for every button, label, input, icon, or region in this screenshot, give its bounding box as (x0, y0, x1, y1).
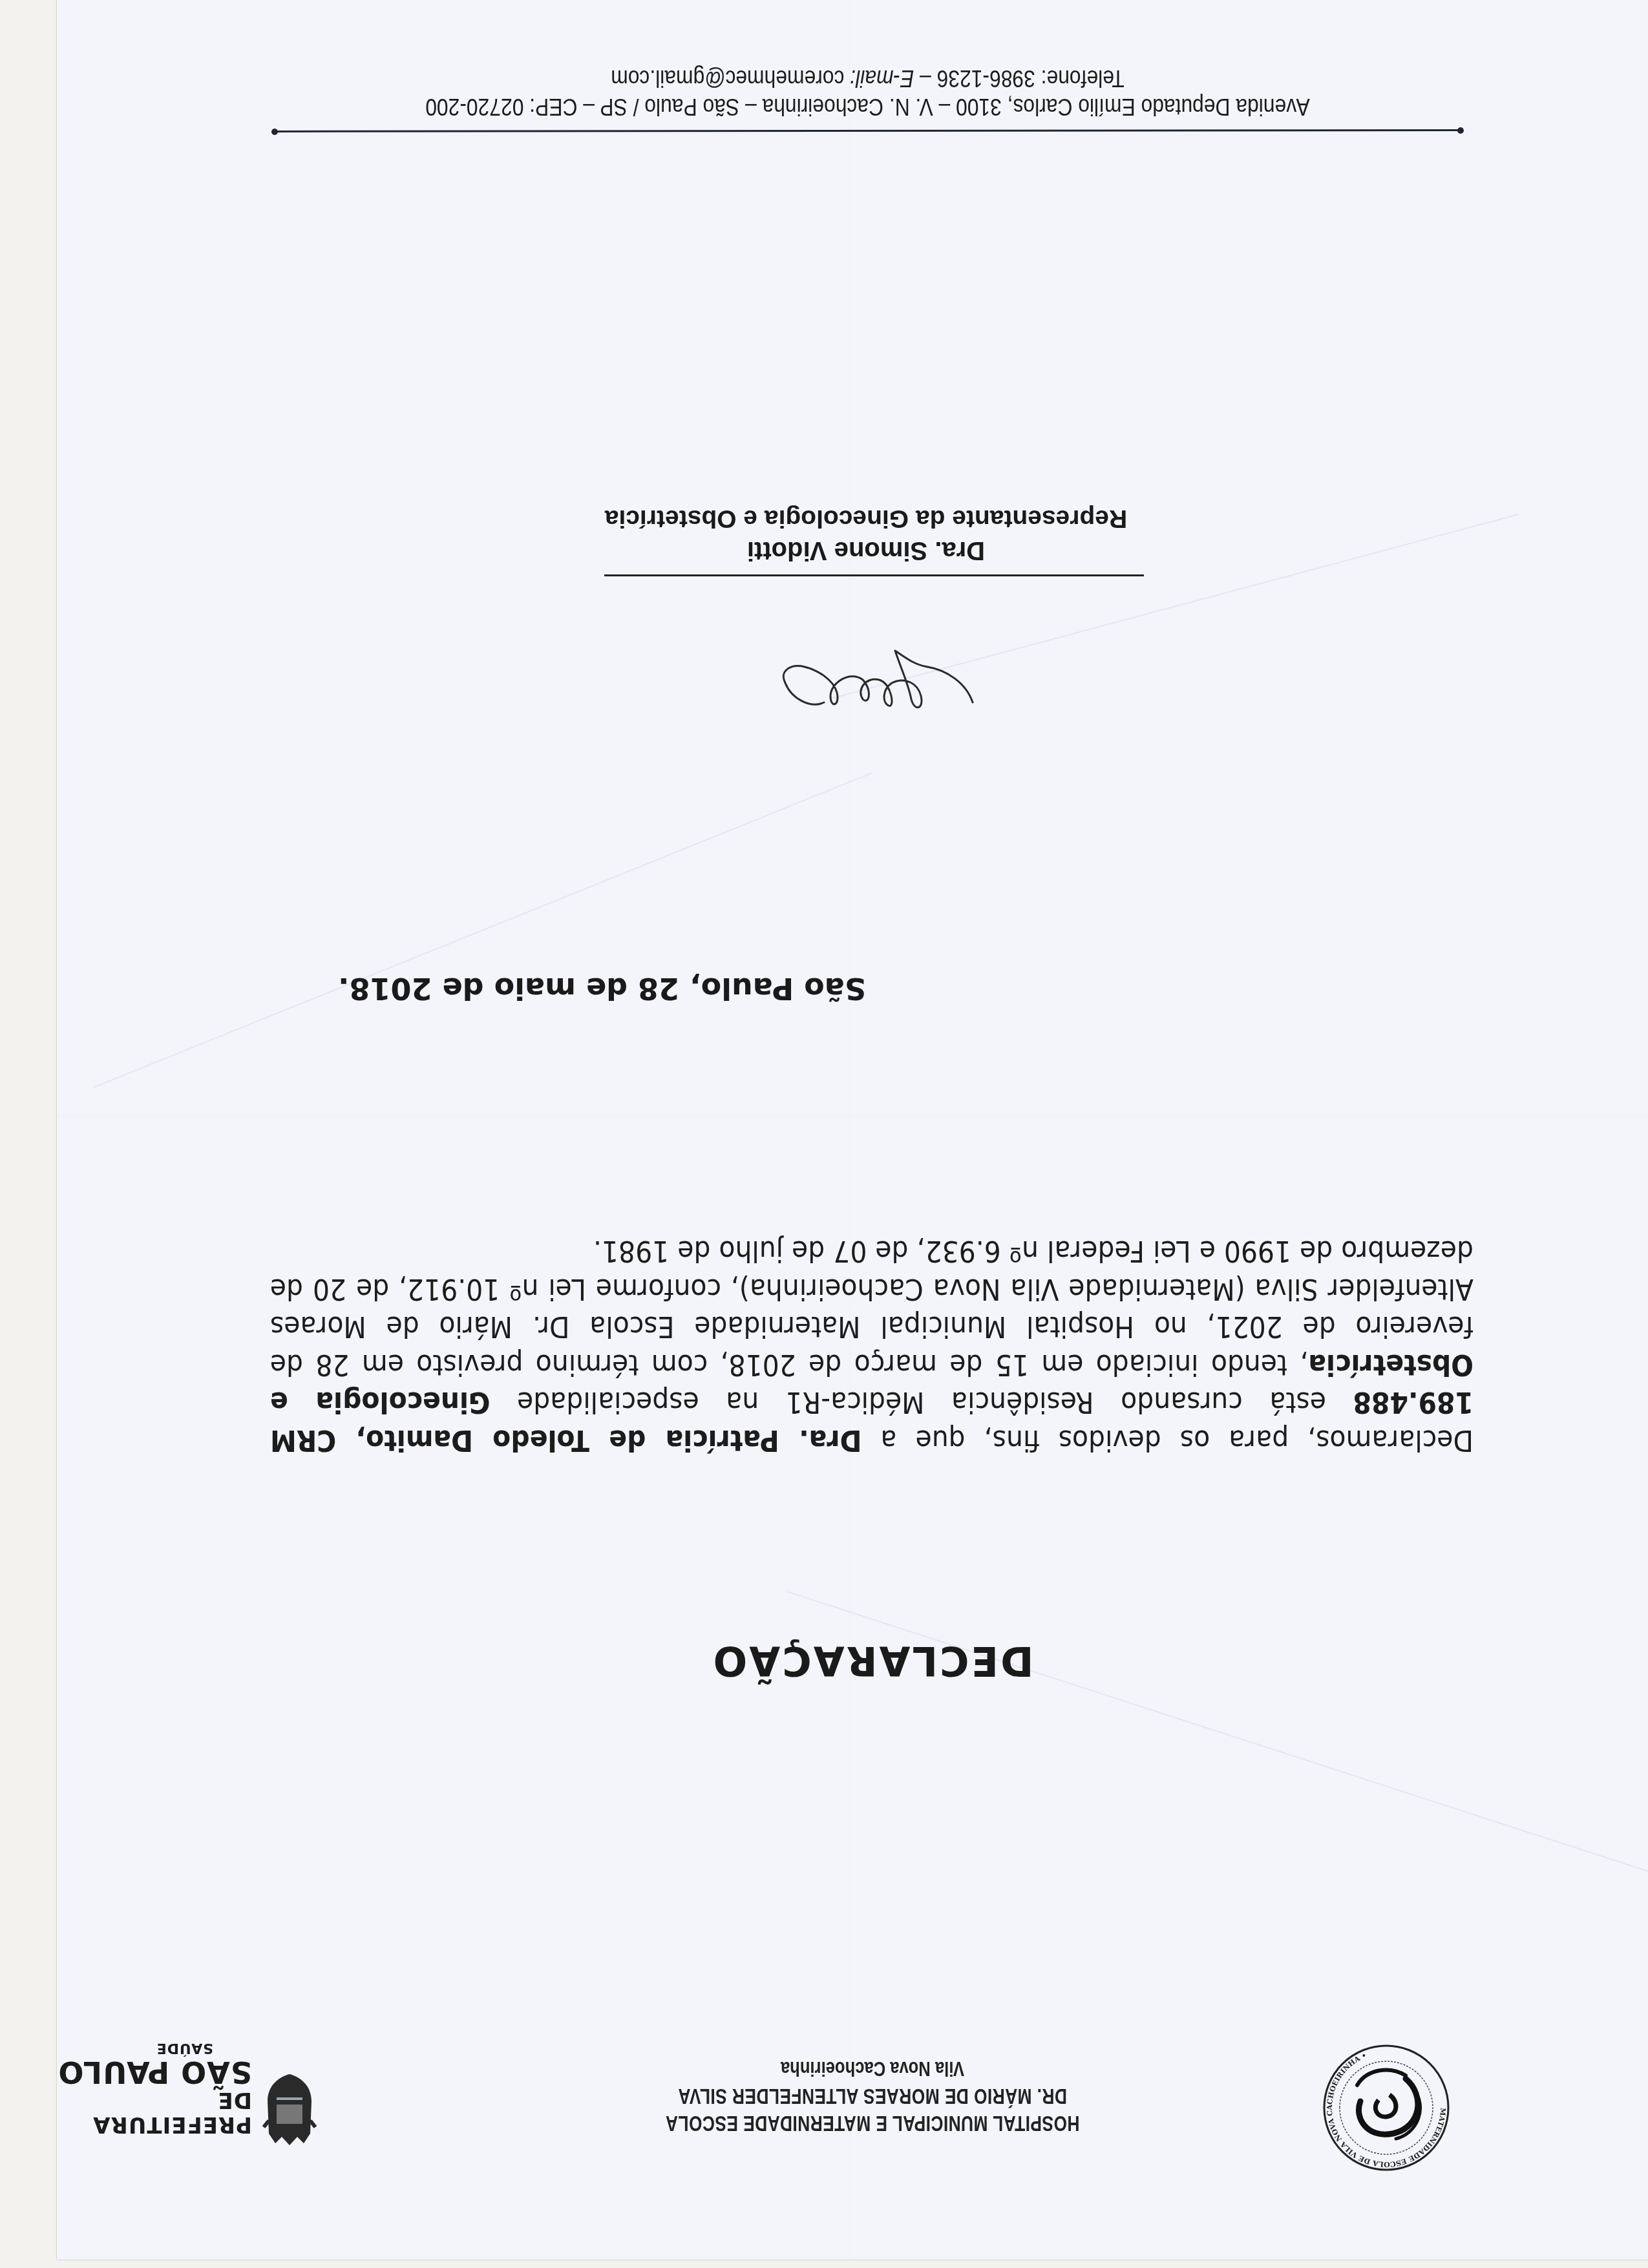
separator: – (914, 65, 936, 92)
institution-line-1: HOSPITAL MUNICIPAL E MATERNIDADE ESCOLA (645, 2110, 1100, 2137)
email-label: E-mail: (850, 65, 914, 92)
institution-line-2: DR. MÁRIO DE MORAES ALTENFELDER SILVA (645, 2083, 1100, 2110)
document-title: DECLARAÇÃO (97, 1637, 1648, 1685)
city-hall-line-1: PREFEITURA DE (57, 2088, 252, 2137)
body-mid: está cursando Residência Médica-R1 na es… (491, 1386, 1353, 1419)
paper-wrinkle (788, 1591, 1648, 1872)
paper-page: MATERNIDADE ESCOLA DE VILA NOVA CACHOEIR… (57, 0, 1648, 2260)
footer-contact-line: Telefone: 3986-1236 – E-mail: coremehmec… (357, 64, 1377, 92)
city-hall-logo: PREFEITURA DE SÃO PAULO SAÚDE (57, 2039, 252, 2137)
signer-block: Dra. Simone Vidotti Representante da Gin… (575, 502, 1157, 567)
phone-number: 3986-1236 (937, 65, 1035, 92)
email-address: coremehmec@gmail.com (611, 65, 850, 92)
coat-of-arms-icon (262, 2072, 317, 2147)
footer-contact: Avenida Deputado Emílio Carlos, 3100 – V… (357, 64, 1377, 121)
paper-wrinkle (93, 772, 872, 1088)
scanned-document-rotated: MATERNIDADE ESCOLA DE VILA NOVA CACHOEIR… (0, 0, 1648, 2268)
maternity-seal-icon: MATERNIDADE ESCOLA DE VILA NOVA CACHOEIR… (1322, 2043, 1451, 2172)
institution-line-3: Vila Nova Cachoeirinha (645, 2055, 1100, 2083)
date-line: São Paulo, 28 de maio de 2018. (338, 971, 866, 1006)
city-hall-department: SAÚDE (57, 2039, 213, 2057)
fold-crease-vertical (849, 0, 850, 2260)
declaration-paragraph: Declaramos, para os devidos fins, que a … (270, 1232, 1474, 1458)
signer-role: Representante da Ginecologia e Obstetríc… (575, 502, 1157, 534)
body-rest: , tendo iniciado em 15 de março de 2018,… (270, 1235, 1474, 1381)
footer-divider (275, 129, 1461, 132)
institution-header: HOSPITAL MUNICIPAL E MATERNIDADE ESCOLA … (645, 2055, 1100, 2137)
city-hall-line-2: SÃO PAULO (57, 2057, 252, 2088)
signer-name: Dra. Simone Vidotti (575, 534, 1157, 567)
fold-crease-horizontal (57, 1116, 1648, 1118)
footer-address: Avenida Deputado Emílio Carlos, 3100 – V… (357, 92, 1377, 121)
signature-line (604, 574, 1144, 576)
phone-label: Telefone: (1035, 65, 1125, 92)
handwritten-signature-icon (772, 638, 986, 728)
body-intro: Declaramos, para os devidos fins, que a (861, 1423, 1474, 1456)
